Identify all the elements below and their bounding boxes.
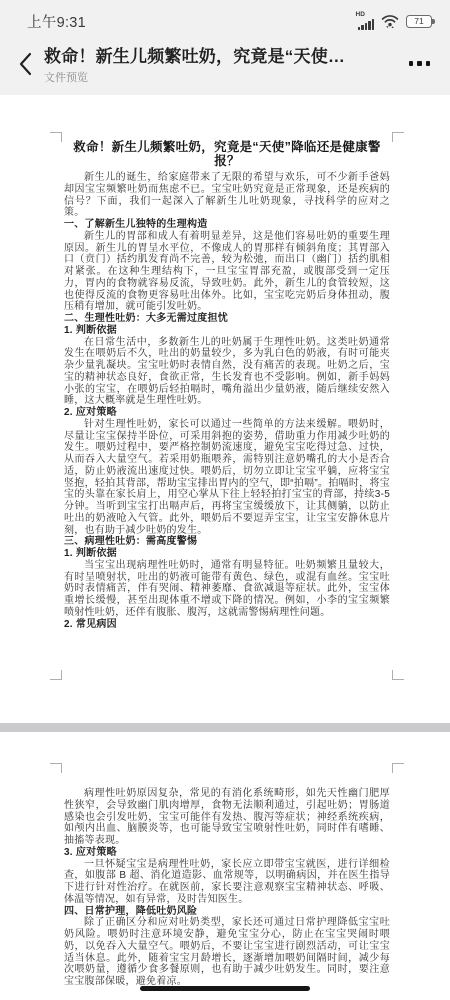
hd-volte-icon: HD xyxy=(356,11,365,18)
doc-title: 救命！新生儿频繁吐奶，究竟是“天使”降临还是健康警报？ xyxy=(64,140,390,168)
doc-heading: 一、了解新生儿独特的生理构造 xyxy=(64,219,390,231)
signal-icon: HD xyxy=(358,12,375,30)
status-time: 上午9:31 xyxy=(27,11,86,32)
doc-paragraph: 新生儿的诞生，给家庭带来了无限的希望与欢乐，可不少新手爸妈却因宝宝频繁吐奶而焦虑… xyxy=(64,172,390,219)
page-content: 救命！新生儿频繁吐奶，究竟是“天使”降临还是健康警报？新生儿的诞生，给家庭带来了… xyxy=(0,95,450,630)
doc-paragraph: 一旦怀疑宝宝是病理性吐奶，家长应立即带宝宝就医，进行详细检查，如腹部 B 超、消… xyxy=(64,859,390,906)
signal-bar xyxy=(372,19,375,30)
doc-heading: 2. 应对策略 xyxy=(64,407,390,419)
document-preview[interactable]: 救命！新生儿频繁吐奶，究竟是“天使”降临还是健康警报？新生儿的诞生，给家庭带来了… xyxy=(0,95,450,1000)
back-button[interactable] xyxy=(14,49,36,79)
more-horizontal-icon xyxy=(426,61,431,66)
page-separator xyxy=(0,723,450,732)
page-title: 救命！新生儿频繁吐奶，究竟是“天使… xyxy=(44,42,397,67)
page-corner-mark xyxy=(50,132,62,142)
status-icons: HD 71 xyxy=(358,12,433,30)
doc-paragraph: 新生儿的胃部和成人有着明显差异，这是他们容易吐奶的重要生理原因。新生儿的胃呈水平… xyxy=(64,231,390,313)
doc-heading: 二、生理性吐奶：大多无需过度担忧 xyxy=(64,313,390,325)
doc-heading: 三、病理性吐奶：需高度警惕 xyxy=(64,536,390,548)
more-menu-button[interactable] xyxy=(407,55,433,72)
signal-bar xyxy=(361,25,364,30)
doc-heading: 1. 判断依据 xyxy=(64,325,390,337)
wifi-icon xyxy=(381,14,399,28)
page-subtitle: 文件预览 xyxy=(44,69,397,85)
page-corner-mark xyxy=(392,132,404,142)
more-horizontal-icon xyxy=(409,61,414,66)
doc-paragraph: 在日常生活中，多数新生儿的吐奶属于生理性吐奶。这类吐奶通常发生在喂奶后不久，吐出… xyxy=(64,337,390,408)
document-page-2: 病理性吐奶原因复杂，常见的有消化系统畸形，如先天性幽门肥厚性狭窄，会导致幽门肌肉… xyxy=(0,732,450,1000)
chevron-left-icon xyxy=(19,52,32,76)
doc-paragraph: 针对生理性吐奶，家长可以通过一些简单的方法来缓解。喂奶时，尽量让宝宝保持半卧位，… xyxy=(64,419,390,537)
navbar: 救命！新生儿频繁吐奶，究竟是“天使… 文件预览 xyxy=(0,38,450,95)
page-content: 病理性吐奶原因复杂，常见的有消化系统畸形，如先天性幽门肥厚性狭窄，会导致幽门肌肉… xyxy=(0,732,450,988)
page-corner-mark xyxy=(50,763,62,773)
signal-bar xyxy=(358,27,361,30)
page-corner-mark xyxy=(392,670,404,680)
page-corner-mark xyxy=(392,763,404,773)
home-indicator[interactable] xyxy=(140,986,310,991)
doc-heading: 2. 常见病因 xyxy=(64,619,390,631)
battery-icon: 71 xyxy=(406,15,432,28)
navbar-titles: 救命！新生儿频繁吐奶，究竟是“天使… 文件预览 xyxy=(44,42,397,85)
battery-percent: 71 xyxy=(414,16,423,26)
signal-bar xyxy=(368,21,371,30)
page-corner-mark xyxy=(50,670,62,680)
phone-screen: 上午9:31 HD 71 xyxy=(0,0,450,1000)
doc-paragraph: 当宝宝出现病理性吐奶时，通常有明显特征。吐奶频繁且量较大，有时呈喷射状，吐出的奶… xyxy=(64,560,390,619)
doc-paragraph: 病理性吐奶原因复杂，常见的有消化系统畸形，如先天性幽门肥厚性狭窄，会导致幽门肌肉… xyxy=(64,788,390,847)
doc-heading: 1. 判断依据 xyxy=(64,548,390,560)
signal-bar xyxy=(365,23,368,30)
doc-heading: 3. 应对策略 xyxy=(64,847,390,859)
doc-paragraph: 除了正确区分和应对吐奶类型，家长还可通过日常护理降低宝宝吐奶风险。喂奶时注意环境… xyxy=(64,917,390,988)
document-page-1: 救命！新生儿频繁吐奶，究竟是“天使”降临还是健康警报？新生儿的诞生，给家庭带来了… xyxy=(0,95,450,723)
more-horizontal-icon xyxy=(417,61,422,66)
doc-heading: 四、日常护理，降低吐奶风险 xyxy=(64,906,390,918)
status-bar: 上午9:31 HD 71 xyxy=(0,0,450,38)
